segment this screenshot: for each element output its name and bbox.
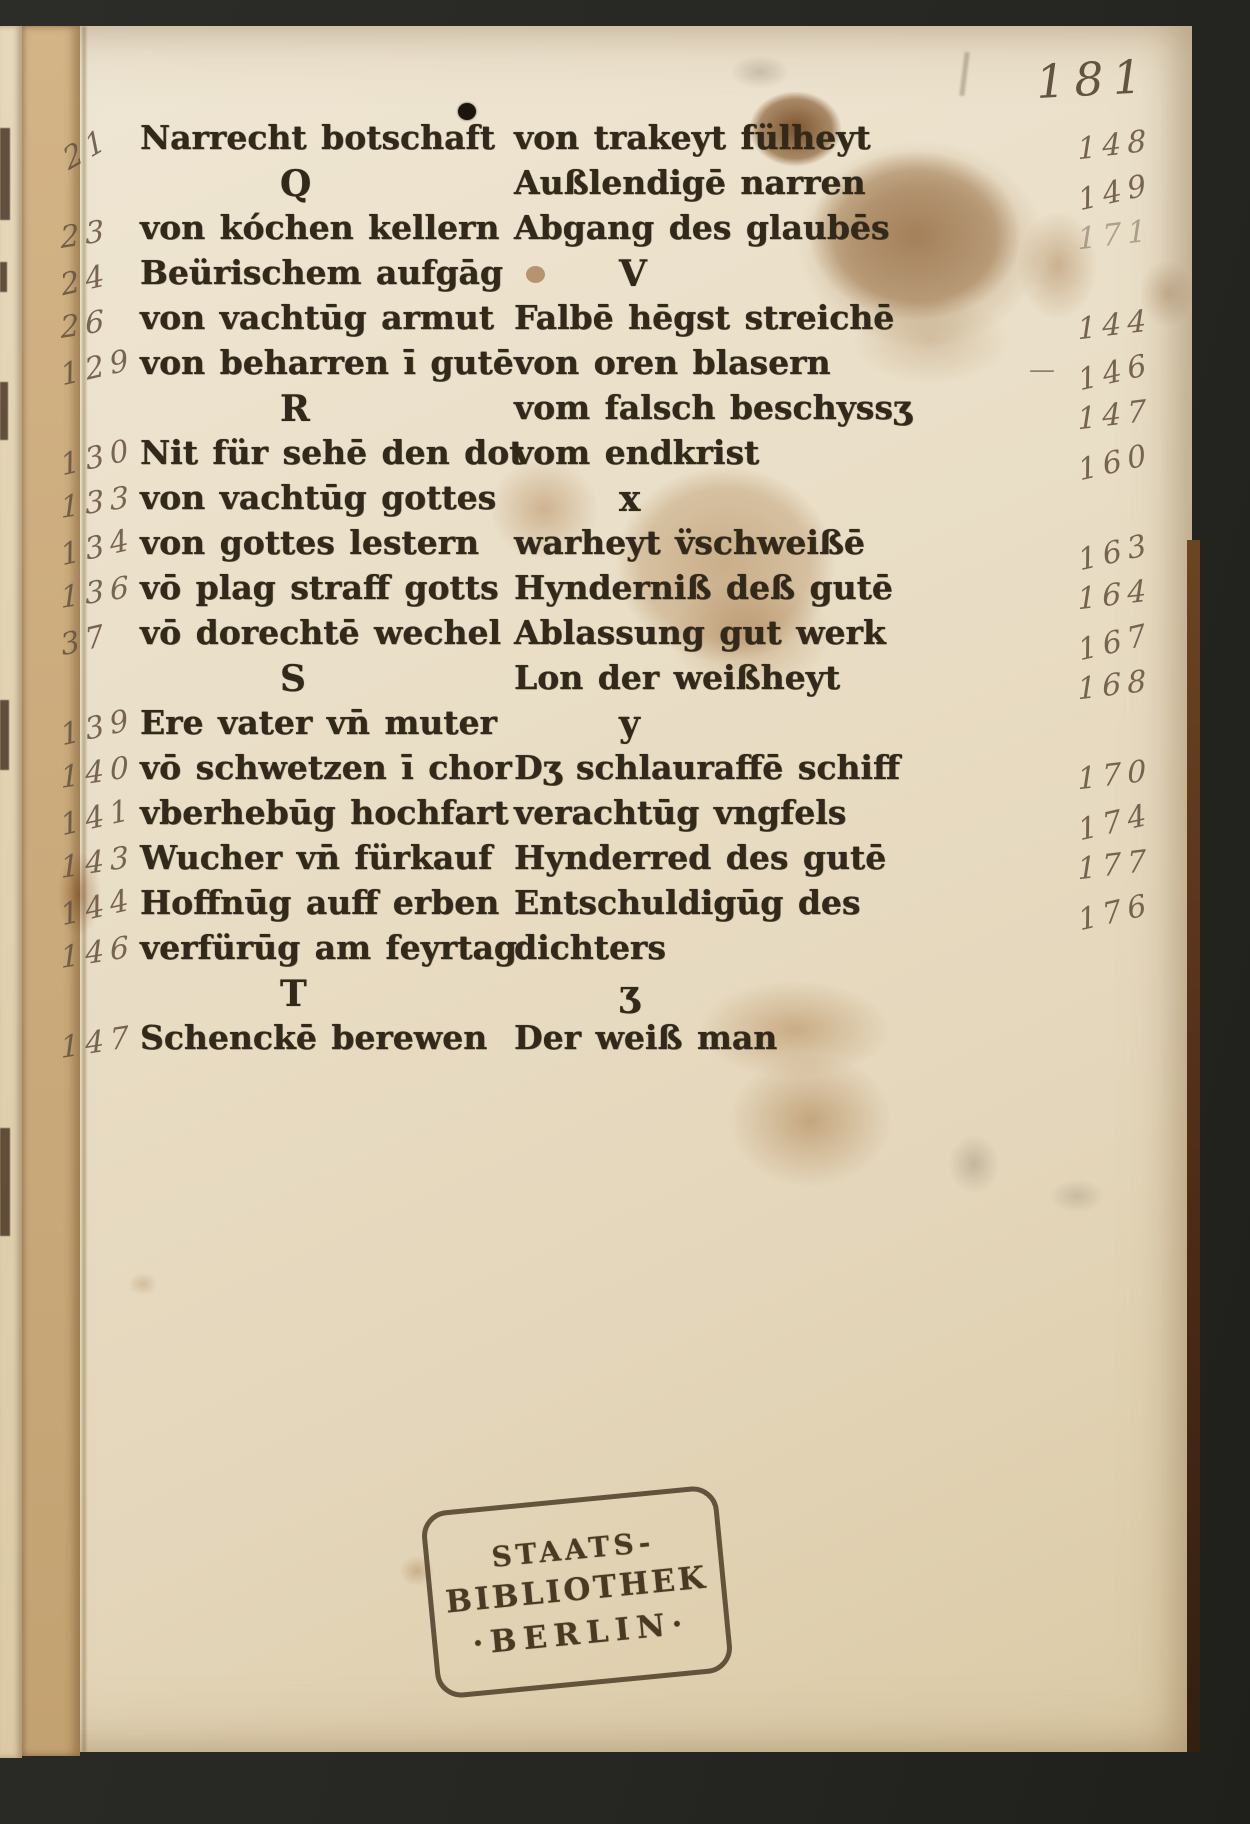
toc-entry-row: Hynderniß deß gutē164 (514, 568, 969, 613)
chapter-title: Außlendigē narren (514, 163, 866, 202)
chapter-title: Der weiß man (514, 1018, 777, 1057)
chapter-title: vberhebūg hochfart (140, 793, 509, 832)
toc-section-row: y (514, 703, 969, 748)
chapter-title: Ere vater vn̄ muter (140, 703, 497, 742)
toc-entry-row: Hoffnūg auff erben144 (140, 883, 500, 928)
section-letter: Q (140, 163, 500, 205)
chapter-title: von oren blasern (514, 343, 831, 382)
cropped-margin-mark (0, 128, 10, 220)
toc-entry-row: Der weiß man (514, 1018, 969, 1063)
scanned-book-page: 181 Narrecht botschaft21Qvon kóchen kell… (0, 0, 1250, 1824)
toc-entry-row: Ablassung gut werk167 (514, 613, 969, 658)
toc-entry-row: von vachtūg armut26 (140, 298, 500, 343)
toc-entry-row: von beharren ī gutē129 (140, 343, 500, 388)
toc-entry-row: von trakeyt fülheyt148 (514, 118, 969, 163)
toc-entry-row: verachtūg vngfels174 (514, 793, 969, 838)
chapter-title: von trakeyt fülheyt (514, 118, 871, 157)
toc-entry-row: vō plag straff gotts136 (140, 568, 500, 613)
chapter-title: Entschuldigūg des (514, 883, 860, 922)
toc-entry-row: Schenckē berewen147 (140, 1018, 500, 1063)
chapter-title: Falbē hēgst streichē (514, 298, 894, 337)
chapter-title: Ablassung gut werk (514, 613, 886, 652)
toc-entry-row: vom endkrist160 (514, 433, 969, 478)
cropped-margin-mark (0, 1128, 10, 1236)
cropped-margin-mark (0, 382, 8, 440)
section-letter: ʒ (514, 973, 969, 1015)
chapter-title: verachtūg vngfels (514, 793, 846, 832)
toc-section-row: R (140, 388, 500, 433)
section-letter: x (514, 478, 969, 520)
handwritten-dash: — (1029, 355, 1055, 385)
chapter-title: verfürūg am feyrtag (140, 928, 517, 967)
toc-column-left: Narrecht botschaft21Qvon kóchen kellern2… (140, 118, 500, 1063)
toc-entry-row: Beürischem aufgāg24 (140, 253, 500, 298)
chapter-title: von beharren ī gutē (140, 343, 514, 382)
chapter-title: von kóchen kellern (140, 208, 499, 247)
chapter-title: Dʒ schlauraffē schiff (514, 748, 900, 787)
chapter-title: warheyt v̈schweißē (514, 523, 865, 562)
chapter-title: vō plag straff gotts (140, 568, 499, 607)
toc-entry-row: vō dorechtē wechel37 (140, 613, 500, 658)
toc-entry-row: Abgang des glaubēs171 (514, 208, 969, 253)
toc-entry-row: Falbē hēgst streichē144 (514, 298, 969, 343)
chapter-title: dichters (514, 928, 666, 967)
chapter-title: von vachtūg gottes (140, 478, 496, 517)
toc-entry-row: Entschuldigūg des176 (514, 883, 969, 928)
chapter-title: vom falsch beschyssʒ (514, 388, 912, 427)
chapter-title: vom endkrist (514, 433, 759, 472)
toc-section-row: Q (140, 163, 500, 208)
toc-entry-row: Wucher vn̄ fürkauf143 (140, 838, 500, 883)
toc-column-right: von trakeyt fülheyt148Außlendigē narren1… (514, 118, 969, 1063)
section-letter: T (140, 973, 500, 1015)
toc-entry-row: Narrecht botschaft21 (140, 118, 500, 163)
chapter-title: Lon der weißheyt (514, 658, 840, 697)
cropped-margin-mark (0, 262, 7, 292)
toc-entry-row: Ere vater vn̄ muter139 (140, 703, 500, 748)
library-stamp: STAATS- BIBLIOTHEK ·BERLIN· (420, 1484, 735, 1700)
toc-entry-row: warheyt v̈schweißē163 (514, 523, 969, 568)
chapter-title: Beürischem aufgāg (140, 253, 503, 292)
toc-entry-row: vom falsch beschyssʒ147 (514, 388, 969, 433)
toc-entry-row: von oren blasern146— (514, 343, 969, 388)
chapter-title: von vachtūg armut (140, 298, 494, 337)
toc-section-row: ʒ (514, 973, 969, 1018)
toc-section-row: V (514, 253, 969, 298)
section-letter: S (140, 658, 500, 700)
toc-entry-row: Dʒ schlauraffē schiff170 (514, 748, 969, 793)
toc-entry-row: verfürūg am feyrtag146 (140, 928, 500, 973)
chapter-title: vō schwetzen ī chor (140, 748, 512, 787)
cropped-margin-mark (0, 700, 9, 770)
toc-entry-row: von kóchen kellern23 (140, 208, 500, 253)
toc-entry-row: Lon der weißheyt168 (514, 658, 969, 703)
chapter-title: Hoffnūg auff erben (140, 883, 499, 922)
section-letter: V (514, 253, 969, 295)
chapter-title: Schenckē berewen (140, 1018, 487, 1057)
toc-entry-row: vō schwetzen ī chor140 (140, 748, 500, 793)
chapter-title: von gottes lestern (140, 523, 479, 562)
chapter-title: Hynderred des gutē (514, 838, 886, 877)
chapter-title: vō dorechtē wechel (140, 613, 501, 652)
chapter-title: Wucher vn̄ fürkauf (140, 838, 492, 877)
toc-entry-row: Hynderred des gutē177 (514, 838, 969, 883)
right-page-edge (1187, 540, 1200, 1752)
toc-section-row: S (140, 658, 500, 703)
chapter-title: Abgang des glaubēs (514, 208, 889, 247)
toc-entry-row: Außlendigē narren149 (514, 163, 969, 208)
section-letter: y (514, 703, 969, 745)
chapter-title: Narrecht botschaft (140, 118, 495, 157)
toc-section-row: x (514, 478, 969, 523)
toc-entry-row: vberhebūg hochfart141 (140, 793, 500, 838)
section-letter: R (140, 388, 500, 430)
handwritten-page-number: 181 (1035, 49, 1152, 109)
toc-entry-row: von vachtūg gottes133 (140, 478, 500, 523)
toc-entry-row: Nit für sehē den dot130 (140, 433, 500, 478)
toc-entry-row: von gottes lestern134 (140, 523, 500, 568)
chapter-title: Hynderniß deß gutē (514, 568, 893, 607)
toc-entry-row: dichters (514, 928, 969, 973)
toc-section-row: T (140, 973, 500, 1018)
chapter-title: Nit für sehē den dot (140, 433, 524, 472)
